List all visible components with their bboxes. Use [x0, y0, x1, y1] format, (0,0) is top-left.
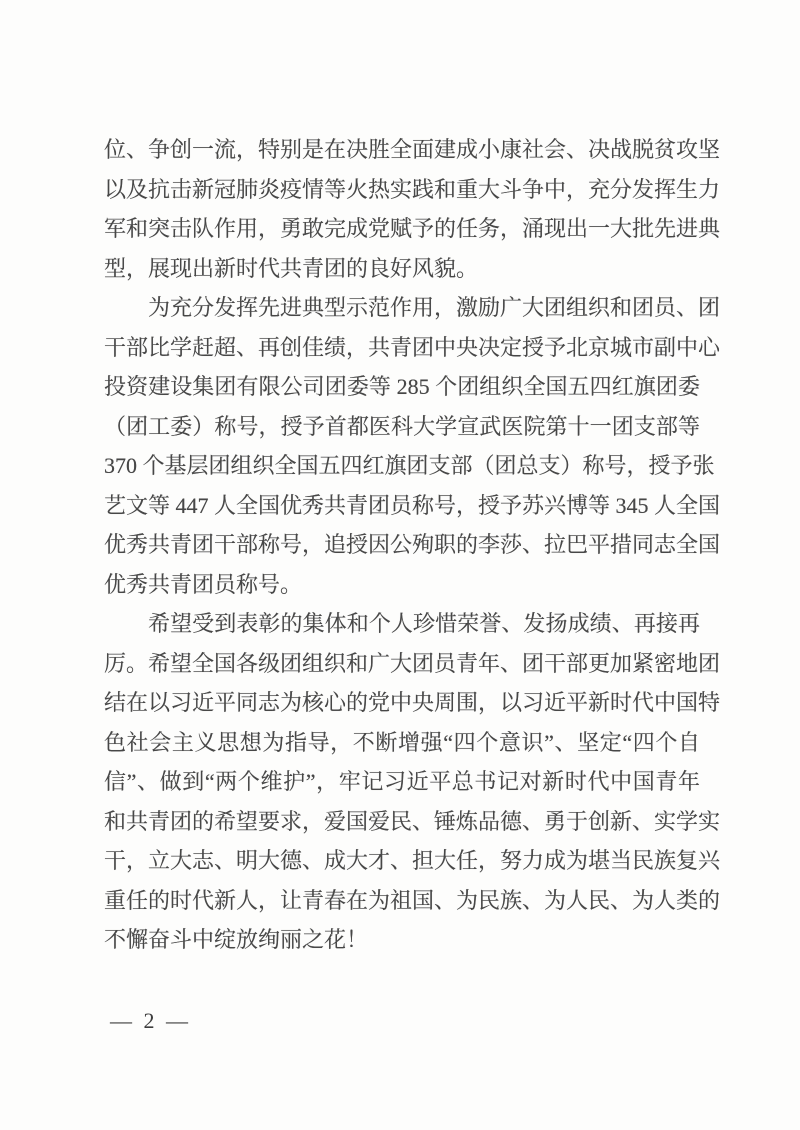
- text-line: 投资建设集团有限公司团委等 285 个团组织全国五四红旗团委: [104, 367, 700, 407]
- text-line: 军和突击队作用，勇敢完成党赋予的任务，涌现出一大批先进典: [104, 209, 700, 249]
- text-line: 为充分发挥先进典型示范作用，激励广大团组织和团员、团: [104, 288, 700, 328]
- text-line: 以及抗击新冠肺炎疫情等火热实践和重大斗争中，充分发挥生力: [104, 170, 700, 210]
- text-line: 位、争创一流，特别是在决胜全面建成小康社会、决战脱贫攻坚: [104, 130, 700, 170]
- document-page: 位、争创一流，特别是在决胜全面建成小康社会、决战脱贫攻坚 以及抗击新冠肺炎疫情等…: [0, 0, 800, 1130]
- text-line: 希望受到表彰的集体和个人珍惜荣誉、发扬成绩、再接再: [104, 604, 700, 644]
- page-number: — 2 —: [110, 1008, 191, 1033]
- text-line: 370 个基层团组织全国五四红旗团支部（团总支）称号，授予张: [104, 446, 700, 486]
- page-footer: — 2 —: [110, 1008, 191, 1034]
- text-line: 结在以习近平同志为核心的党中央周围，以习近平新时代中国特: [104, 683, 700, 723]
- text-line: 干部比学赶超、再创佳绩，共青团中央决定授予北京城市副中心: [104, 328, 700, 368]
- body-text: 位、争创一流，特别是在决胜全面建成小康社会、决战脱贫攻坚 以及抗击新冠肺炎疫情等…: [104, 130, 700, 960]
- text-line: 厉。希望全国各级团组织和广大团员青年、团干部更加紧密地团: [104, 644, 700, 684]
- text-line: 和共青团的希望要求，爱国爱民、锤炼品德、勇于创新、实学实: [104, 802, 700, 842]
- text-line: 色社会主义思想为指导，不断增强“四个意识”、坚定“四个自: [104, 723, 700, 763]
- text-line: 信”、做到“两个维护”，牢记习近平总书记对新时代中国青年: [104, 762, 700, 802]
- text-line: 艺文等 447 人全国优秀共青团员称号，授予苏兴博等 345 人全国: [104, 486, 700, 526]
- text-line: 不懈奋斗中绽放绚丽之花！: [104, 920, 700, 960]
- text-line: 重任的时代新人，让青春在为祖国、为民族、为人民、为人类的: [104, 881, 700, 921]
- text-line: （团工委）称号，授予首都医科大学宣武医院第十一团支部等: [104, 407, 700, 447]
- text-line: 优秀共青团员称号。: [104, 565, 700, 605]
- text-line: 干，立大志、明大德、成大才、担大任，努力成为堪当民族复兴: [104, 841, 700, 881]
- text-line: 优秀共青团干部称号，追授因公殉职的李莎、拉巴平措同志全国: [104, 525, 700, 565]
- text-line: 型，展现出新时代共青团的良好风貌。: [104, 249, 700, 289]
